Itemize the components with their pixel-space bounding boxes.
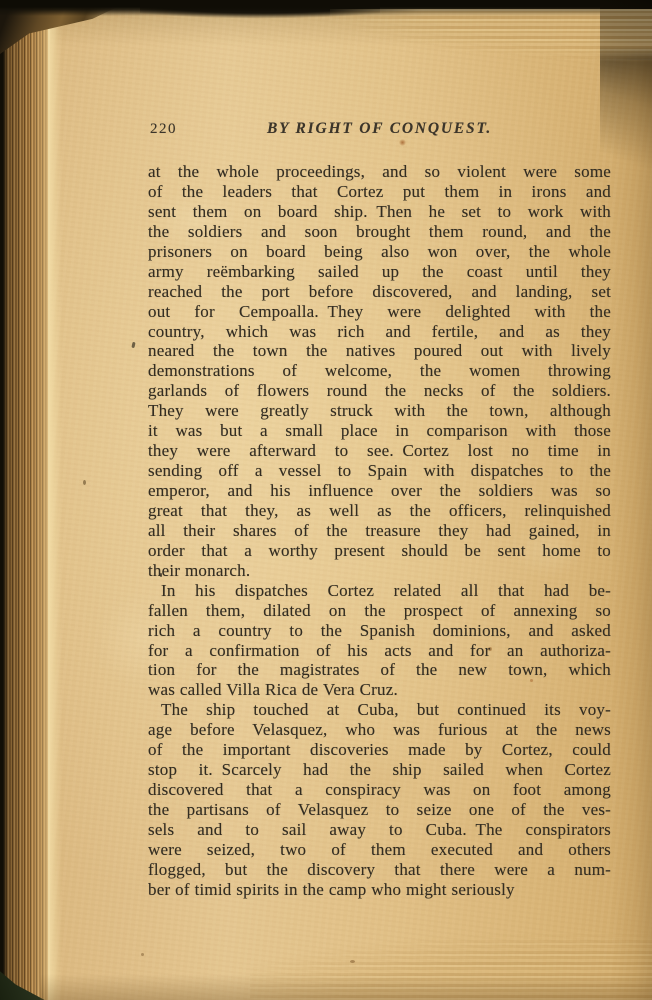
text-line: country, which was rich and fertile, and… <box>148 322 611 342</box>
text-line: their monarch. <box>148 561 611 581</box>
text-line: sending off a vessel to Spain with dispa… <box>148 461 611 481</box>
text-line: for a confirmation of his acts and for a… <box>148 641 611 661</box>
foxing-spot <box>141 953 144 956</box>
print-speck <box>131 342 135 348</box>
text-line: age before Velasquez, who was furious at… <box>148 720 611 740</box>
scanned-book-page: 220 BY RIGHT OF CONQUEST. at the whole p… <box>0 0 652 1000</box>
text-line: demonstrations of welcome, the women thr… <box>148 361 611 381</box>
text-line: ber of timid spirits in the camp who mig… <box>148 880 611 900</box>
text-line: garlands of flowers round the necks of t… <box>148 381 611 401</box>
text-line: they were afterward to see. Cortez lost … <box>148 441 611 461</box>
text-line: at the whole proceedings, and so violent… <box>148 162 611 182</box>
text-line: stop it. Scarcely had the ship sailed wh… <box>148 760 611 780</box>
cover-corner-bottom-left <box>0 968 72 1000</box>
cover-corner-top-left <box>0 0 132 54</box>
text-line: emperor, and his influence over the sold… <box>148 481 611 501</box>
text-line: reached the port before discovered, and … <box>148 282 611 302</box>
text-line: of the leaders that Cortez put them in i… <box>148 182 611 202</box>
page-fore-edge-highlight <box>48 12 62 1000</box>
text-line: out for Cempoalla. They were delighted w… <box>148 302 611 322</box>
binding-page-edges <box>0 0 50 1000</box>
page-content: 220 BY RIGHT OF CONQUEST. at the whole p… <box>148 0 611 1000</box>
text-line: the soldiers and soon brought them round… <box>148 222 611 242</box>
text-line: prisoners on board being also won over, … <box>148 242 611 262</box>
text-line: great that they, as well as the officers… <box>148 501 611 521</box>
text-line: was called Villa Rica de Vera Cruz. <box>148 680 611 700</box>
text-line: sent them on board ship. Then he set to … <box>148 202 611 222</box>
text-line: fallen them, dilated on the prospect of … <box>148 601 611 621</box>
text-line: They were greatly struck with the town, … <box>148 401 611 421</box>
text-line: sels and to sail away to Cuba. The consp… <box>148 820 611 840</box>
text-line: army reëmbarking sailed up the coast unt… <box>148 262 611 282</box>
text-line: the partisans of Velasquez to seize one … <box>148 800 611 820</box>
page-right-edge-shadow <box>610 60 652 1000</box>
text-line: flogged, but the discovery that there we… <box>148 860 611 880</box>
text-line: neared the town the natives poured out w… <box>148 341 611 361</box>
text-line: The ship touched at Cuba, but continued … <box>148 700 611 720</box>
body-text: at the whole proceedings, and so violent… <box>148 162 611 900</box>
running-title: BY RIGHT OF CONQUEST. <box>267 120 492 137</box>
foxing-spot <box>83 480 86 485</box>
running-head: 220 BY RIGHT OF CONQUEST. <box>148 120 611 140</box>
text-line: discovered that a conspiracy was on foot… <box>148 780 611 800</box>
text-line: In his dispatches Cortez related all tha… <box>148 581 611 601</box>
text-line: rich a country to the Spanish dominions,… <box>148 621 611 641</box>
text-line: order that a worthy present should be se… <box>148 541 611 561</box>
text-line: tion for the magistrates of the new town… <box>148 660 611 680</box>
text-line: of the important discoveries made by Cor… <box>148 740 611 760</box>
text-line: it was but a small place in comparison w… <box>148 421 611 441</box>
text-line: were seized, two of them executed and ot… <box>148 840 611 860</box>
text-line: all their shares of the treasure they ha… <box>148 521 611 541</box>
page-number: 220 <box>150 121 177 138</box>
